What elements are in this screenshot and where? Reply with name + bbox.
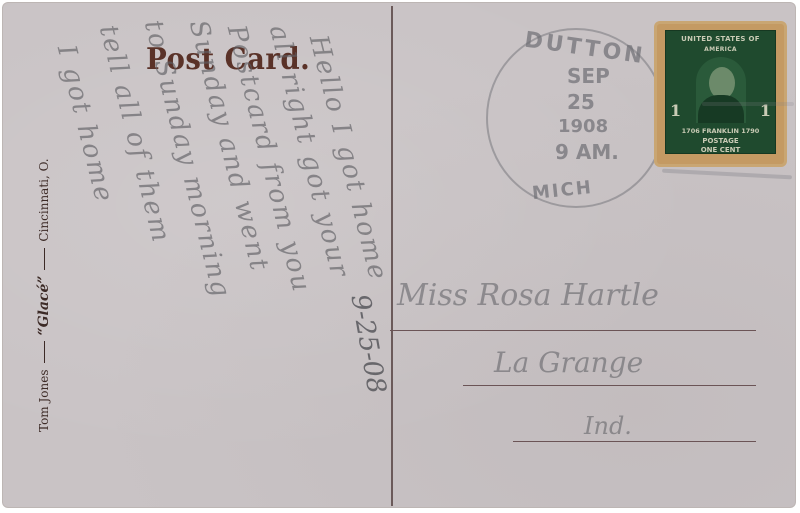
- postcard: Post Card. Tom Jones “Glacé” Cincinnati,…: [2, 2, 796, 508]
- publisher-brand: “Glacé”: [36, 276, 52, 336]
- portrait-body: [698, 95, 744, 123]
- address-line-3: Ind.: [584, 412, 632, 440]
- stamp-country-2: AMERICA: [666, 46, 775, 53]
- divider-dash: [44, 341, 45, 363]
- stamp-name: 1706 FRANKLIN 1790: [666, 127, 775, 135]
- stamp-face: UNITED STATES OF AMERICA 1 1 1706 FRANKL…: [665, 30, 776, 154]
- address-line-2: La Grange: [494, 346, 643, 379]
- cancel-bar: [662, 169, 792, 180]
- franklin-portrait-icon: [696, 57, 746, 123]
- cancel-bar: [702, 102, 794, 106]
- address-line-1: Miss Rosa Hartle: [397, 278, 659, 313]
- address-rule-2: [463, 385, 756, 386]
- address-rule-1: [390, 330, 756, 331]
- stamp-value-left: 1: [670, 101, 681, 120]
- postmark-day: 25: [567, 90, 595, 114]
- postmark-time: 9 AM.: [555, 140, 619, 164]
- stamp-denomination: POSTAGE ONE CENT: [666, 137, 775, 155]
- divider-dash: [44, 248, 45, 270]
- publisher-city: Cincinnati, O.: [37, 158, 51, 241]
- address-rule-3: [513, 441, 756, 442]
- stamp-one-cent: ONE CENT: [666, 146, 775, 155]
- message-date: 9-25-08: [344, 292, 391, 396]
- center-divider: [391, 6, 393, 506]
- stamp-postage: POSTAGE: [666, 137, 775, 146]
- stamp-country: UNITED STATES OF: [666, 35, 775, 43]
- postmark-month: SEP: [567, 64, 610, 88]
- postage-stamp: UNITED STATES OF AMERICA 1 1 1706 FRANKL…: [657, 24, 784, 164]
- publisher-name: Tom Jones: [37, 369, 51, 432]
- publisher-imprint: Tom Jones “Glacé” Cincinnati, O.: [36, 158, 52, 432]
- postmark-year: 1908: [558, 116, 608, 137]
